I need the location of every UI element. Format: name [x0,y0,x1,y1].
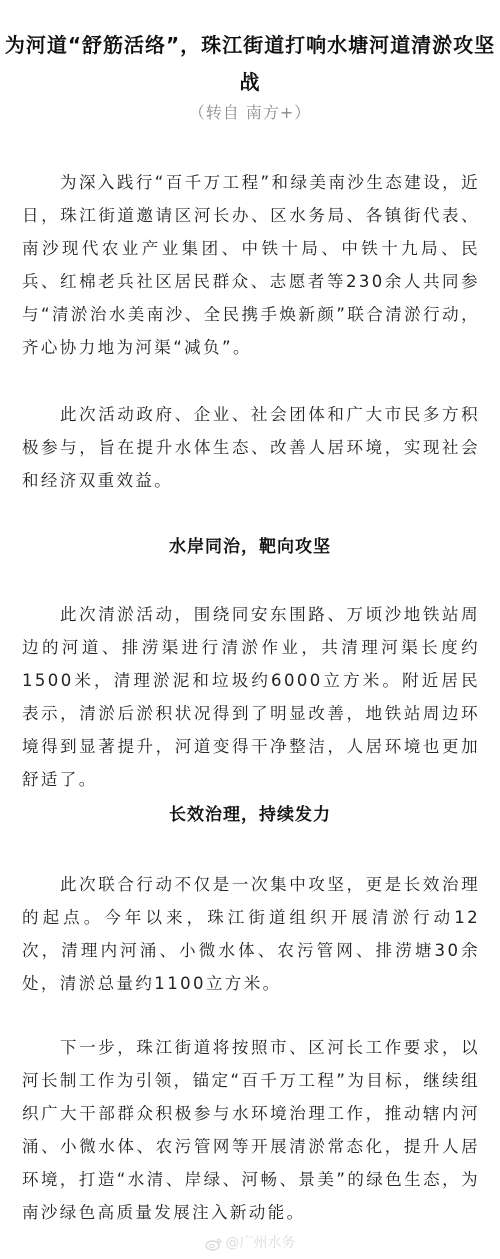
section-heading-1: 水岸同治，靶向攻坚 [0,532,500,562]
article-title: 为河道“舒筋活络”，珠江街道打响水塘河道清淤攻坚战 [0,27,500,101]
watermark: @广州水务 [0,1232,500,1254]
paragraph-participation: 此次活动政府、企业、社会团体和广大市民多方积极参与，旨在提升水体生态、改善人居环… [22,398,480,497]
paragraph-next-step: 下一步，珠江街道将按照市、区河长工作要求，以河长制工作为引领，锚定“百千万工程”… [22,1031,480,1229]
section-heading-2: 长效治理，持续发力 [0,800,500,830]
watermark-text: @广州水务 [226,1235,296,1251]
paragraph-dredging: 此次清淤活动，围绕同安东围路、万顷沙地铁站周边的河道、排涝渠进行清淤作业，共清理… [22,598,480,796]
paragraph-long-term: 此次联合行动不仅是一次集中攻坚，更是长效治理的起点。今年以来，珠江街道组织开展清… [22,868,480,1000]
weibo-icon [205,1236,223,1250]
article-source: （转自 南方+） [0,98,500,128]
paragraph-intro: 为深入践行“百千万工程”和绿美南沙生态建设，近日，珠江街道邀请区河长办、区水务局… [22,166,480,364]
